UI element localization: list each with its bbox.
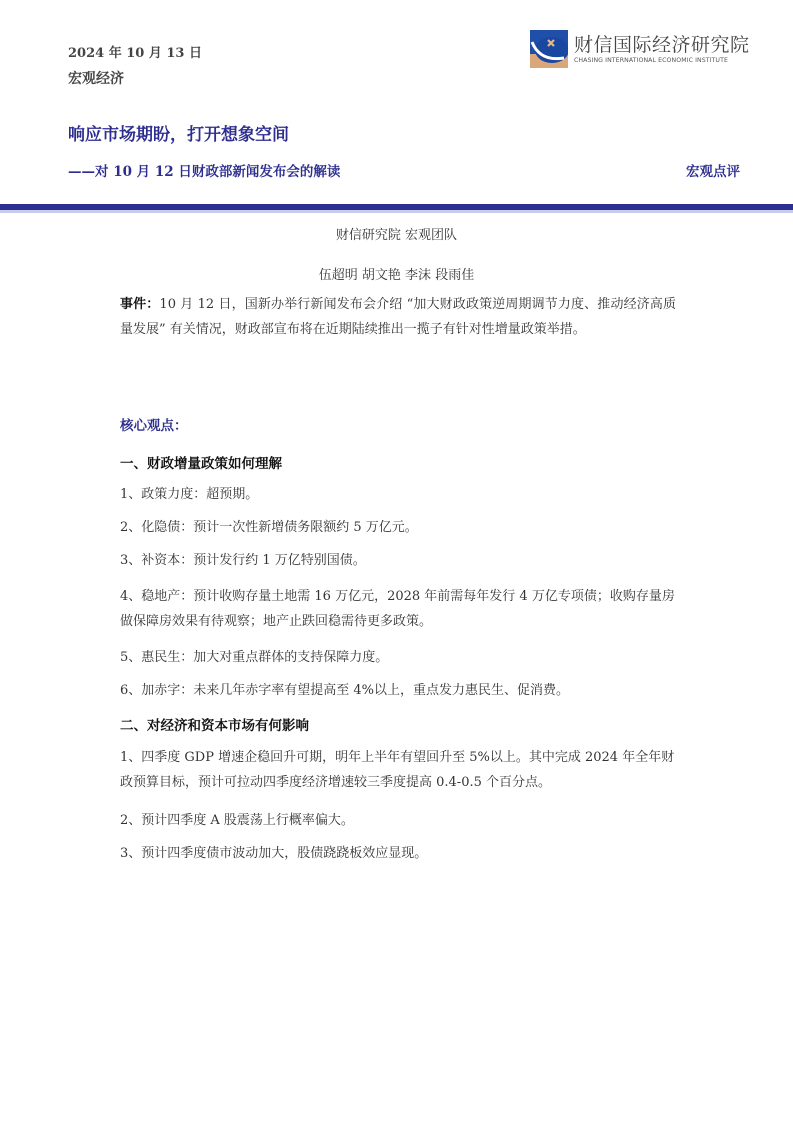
report-category: 宏观经济 bbox=[68, 68, 124, 88]
list-item: 6、加赤字：未来几年赤字率有望提高至 4%以上，重点发力惠民生、促消费。 bbox=[120, 678, 676, 703]
report-title: 响应市场期盼，打开想象空间 bbox=[68, 120, 289, 145]
report-date: 2024 年 10 月 13 日 bbox=[68, 42, 202, 61]
institute-name-en: CHASING INTERNATIONAL ECONOMIC INSTITUTE bbox=[574, 57, 728, 64]
list-item: 3、补资本：预计发行约 1 万亿特别国债。 bbox=[120, 548, 676, 573]
institute-name-cn: 财信国际经济研究院 bbox=[574, 30, 750, 57]
list-item: 2、化隐债：预计一次性新增债务限额约 5 万亿元。 bbox=[120, 515, 676, 540]
core-views-heading: 核心观点： bbox=[120, 414, 188, 434]
research-team: 财信研究院 宏观团队 bbox=[0, 224, 793, 243]
institute-logo-icon bbox=[530, 30, 568, 68]
event-label: 事件： bbox=[120, 297, 159, 312]
report-type: 宏观点评 bbox=[686, 160, 740, 180]
header-divider-shadow bbox=[0, 210, 793, 213]
list-item: 1、政策力度：超预期。 bbox=[120, 482, 676, 507]
institute-logo: 财信国际经济研究院 CHASING INTERNATIONAL ECONOMIC… bbox=[530, 28, 750, 70]
list-item: 3、预计四季度债市波动加大，股债跷跷板效应显现。 bbox=[120, 841, 676, 866]
list-item: 4、稳地产：预计收购存量土地需 16 万亿元，2028 年前需每年发行 4 万亿… bbox=[120, 584, 676, 634]
list-item: 5、惠民生：加大对重点群体的支持保障力度。 bbox=[120, 645, 676, 670]
event-text: 10 月 12 日，国新办举行新闻发布会介绍 “加大财政政策逆周期调节力度、推动… bbox=[120, 297, 676, 337]
event-paragraph: 事件：10 月 12 日，国新办举行新闻发布会介绍 “加大财政政策逆周期调节力度… bbox=[120, 292, 676, 342]
section-heading-fiscal-policy: 一、财政增量政策如何理解 bbox=[120, 452, 282, 472]
section-heading-market-impact: 二、对经济和资本市场有何影响 bbox=[120, 714, 309, 734]
list-item: 2、预计四季度 A 股震荡上行概率偏大。 bbox=[120, 808, 676, 833]
list-item: 1、四季度 GDP 增速企稳回升可期，明年上半年有望回升至 5%以上。其中完成 … bbox=[120, 745, 676, 795]
report-subtitle: ——对 10 月 12 日财政部新闻发布会的解读 bbox=[68, 160, 340, 180]
authors: 伍超明 胡文艳 李沫 段雨佳 bbox=[0, 264, 793, 283]
